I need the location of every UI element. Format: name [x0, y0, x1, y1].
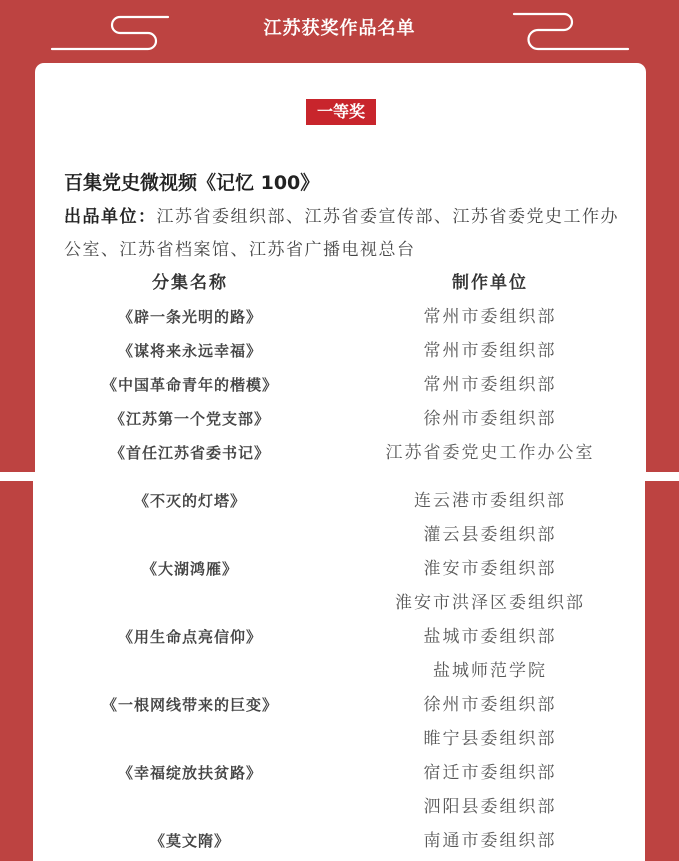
- production-unit: 江苏省委党史工作办公室: [370, 436, 610, 470]
- production-unit: 南通市委组织部: [370, 824, 610, 858]
- production-unit: 淮安市洪泽区委组织部: [370, 586, 610, 620]
- table-row: 《不灭的灯塔》连云港市委组织部: [0, 484, 679, 518]
- production-unit: 常州市委组织部: [370, 300, 610, 334]
- production-unit: 连云港市委组织部: [370, 484, 610, 518]
- table-row: 《江苏第一个党支部》徐州市委组织部: [0, 402, 679, 436]
- production-unit: 灌云县委组织部: [370, 518, 610, 552]
- award-level-badge: 一等奖: [306, 99, 376, 125]
- producer-label: 出品单位：: [64, 207, 157, 227]
- episode-name: 《不灭的灯塔》: [80, 484, 300, 518]
- production-unit: 徐州市委组织部: [370, 402, 610, 436]
- table-row: 《谋将来永远幸福》常州市委组织部: [0, 334, 679, 368]
- episode-name: 《幸福绽放扶贫路》: [80, 756, 300, 790]
- page-title: 江苏获奖作品名单: [0, 14, 679, 40]
- production-unit: 睢宁县委组织部: [370, 722, 610, 756]
- episode-name: 《谋将来永远幸福》: [80, 334, 300, 368]
- table-row: 灌云县委组织部: [0, 518, 679, 552]
- table-row: 《莫文隋》南通市委组织部: [0, 824, 679, 858]
- table-row: 淮安市洪泽区委组织部: [0, 586, 679, 620]
- episode-name: 《首任江苏省委书记》: [80, 436, 300, 470]
- table-row: 睢宁县委组织部: [0, 722, 679, 756]
- table-row: 《大湖鸿雁》淮安市委组织部: [0, 552, 679, 586]
- table-row: 泗阳县委组织部: [0, 790, 679, 824]
- episode-name: 《中国革命青年的楷模》: [80, 368, 300, 402]
- production-unit: 盐城师范学院: [370, 654, 610, 688]
- table-row: 《一根网线带来的巨变》徐州市委组织部: [0, 688, 679, 722]
- table-row: 《中国革命青年的楷模》常州市委组织部: [0, 368, 679, 402]
- episode-name: 《大湖鸿雁》: [80, 552, 300, 586]
- episode-name: 《江苏第一个党支部》: [80, 402, 300, 436]
- production-unit: 泗阳县委组织部: [370, 790, 610, 824]
- production-unit: 宿迁市委组织部: [370, 756, 610, 790]
- episode-name: 《辟一条光明的路》: [80, 300, 300, 334]
- production-unit: 常州市委组织部: [370, 368, 610, 402]
- production-unit: 常州市委组织部: [370, 334, 610, 368]
- table-row: 《用生命点亮信仰》盐城市委组织部: [0, 620, 679, 654]
- table-row: 盐城师范学院: [0, 654, 679, 688]
- episode-name: 《莫文隋》: [80, 824, 300, 858]
- work-title: 百集党史微视频《记忆 100》: [64, 168, 319, 195]
- column-header-unit: 制作单位: [370, 268, 610, 293]
- table-row: 《首任江苏省委书记》江苏省委党史工作办公室: [0, 436, 679, 470]
- table-row: 《辟一条光明的路》常州市委组织部: [0, 300, 679, 334]
- episode-name: 《一根网线带来的巨变》: [80, 688, 300, 722]
- episode-name: 《用生命点亮信仰》: [80, 620, 300, 654]
- production-unit: 淮安市委组织部: [370, 552, 610, 586]
- column-header-episode: 分集名称: [80, 268, 300, 293]
- production-unit: 盐城市委组织部: [370, 620, 610, 654]
- producer-info: 出品单位：江苏省委组织部、江苏省委宣传部、江苏省委党史工作办公室、江苏省档案馆、…: [64, 201, 634, 267]
- production-unit: 徐州市委组织部: [370, 688, 610, 722]
- table-row: 《幸福绽放扶贫路》宿迁市委组织部: [0, 756, 679, 790]
